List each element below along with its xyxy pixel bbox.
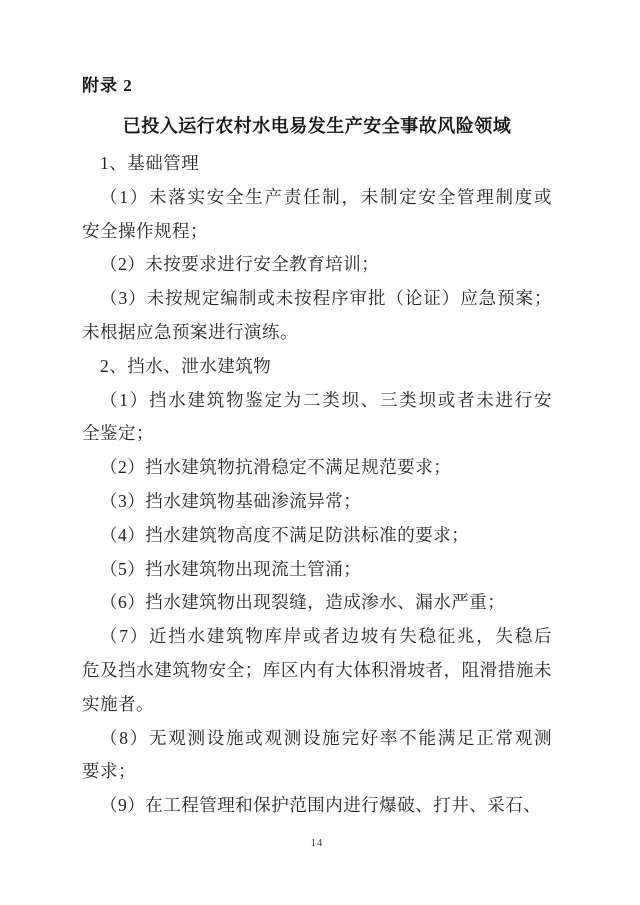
- text-line: 实施者。: [82, 688, 552, 722]
- text-line: （7）近挡水建筑物库岸或者边坡有失稳征兆，失稳后: [82, 620, 552, 654]
- text-line: （3）未按规定编制或未按程序审批（论证）应急预案；: [82, 282, 552, 316]
- text-line: （6）挡水建筑物出现裂缝，造成渗水、漏水严重；: [82, 586, 552, 620]
- text-line: （4）挡水建筑物高度不满足防洪标准的要求；: [82, 519, 552, 553]
- text-line: 安全操作规程；: [82, 215, 552, 249]
- text-line: （3）挡水建筑物基础渗流异常；: [82, 485, 552, 519]
- text-line: （5）挡水建筑物出现流土管涌；: [82, 553, 552, 587]
- page-number: 14: [0, 836, 634, 852]
- text-line: 未根据应急预案进行演练。: [82, 316, 552, 350]
- text-line: 2、挡水、泄水建筑物: [82, 350, 552, 384]
- text-line: （2）挡水建筑物抗滑稳定不满足规范要求；: [82, 451, 552, 485]
- text-line: （1）未落实安全生产责任制，未制定安全管理制度或: [82, 181, 552, 215]
- document-page: 附录 2 已投入运行农村水电易发生产安全事故风险领域 1、基础管理（1）未落实安…: [0, 0, 640, 905]
- text-line: 1、基础管理: [82, 147, 552, 181]
- appendix-label: 附录 2: [82, 69, 133, 103]
- text-line: （9）在工程管理和保护范围内进行爆破、打井、采石、: [82, 789, 552, 823]
- text-line: （8）无观测设施或观测设施完好率不能满足正常观测: [82, 722, 552, 756]
- text-line: （1）挡水建筑物鉴定为二类坝、三类坝或者未进行安: [82, 384, 552, 418]
- text-line: 要求；: [82, 755, 552, 789]
- text-line: 全鉴定；: [82, 417, 552, 451]
- document-body: 1、基础管理（1）未落实安全生产责任制，未制定安全管理制度或安全操作规程；（2）…: [82, 147, 552, 823]
- document-title: 已投入运行农村水电易发生产安全事故风险领域: [82, 109, 552, 143]
- text-line: 危及挡水建筑物安全；库区内有大体积滑坡者，阻滑措施未: [82, 654, 552, 688]
- text-line: （2）未按要求进行安全教育培训；: [82, 248, 552, 282]
